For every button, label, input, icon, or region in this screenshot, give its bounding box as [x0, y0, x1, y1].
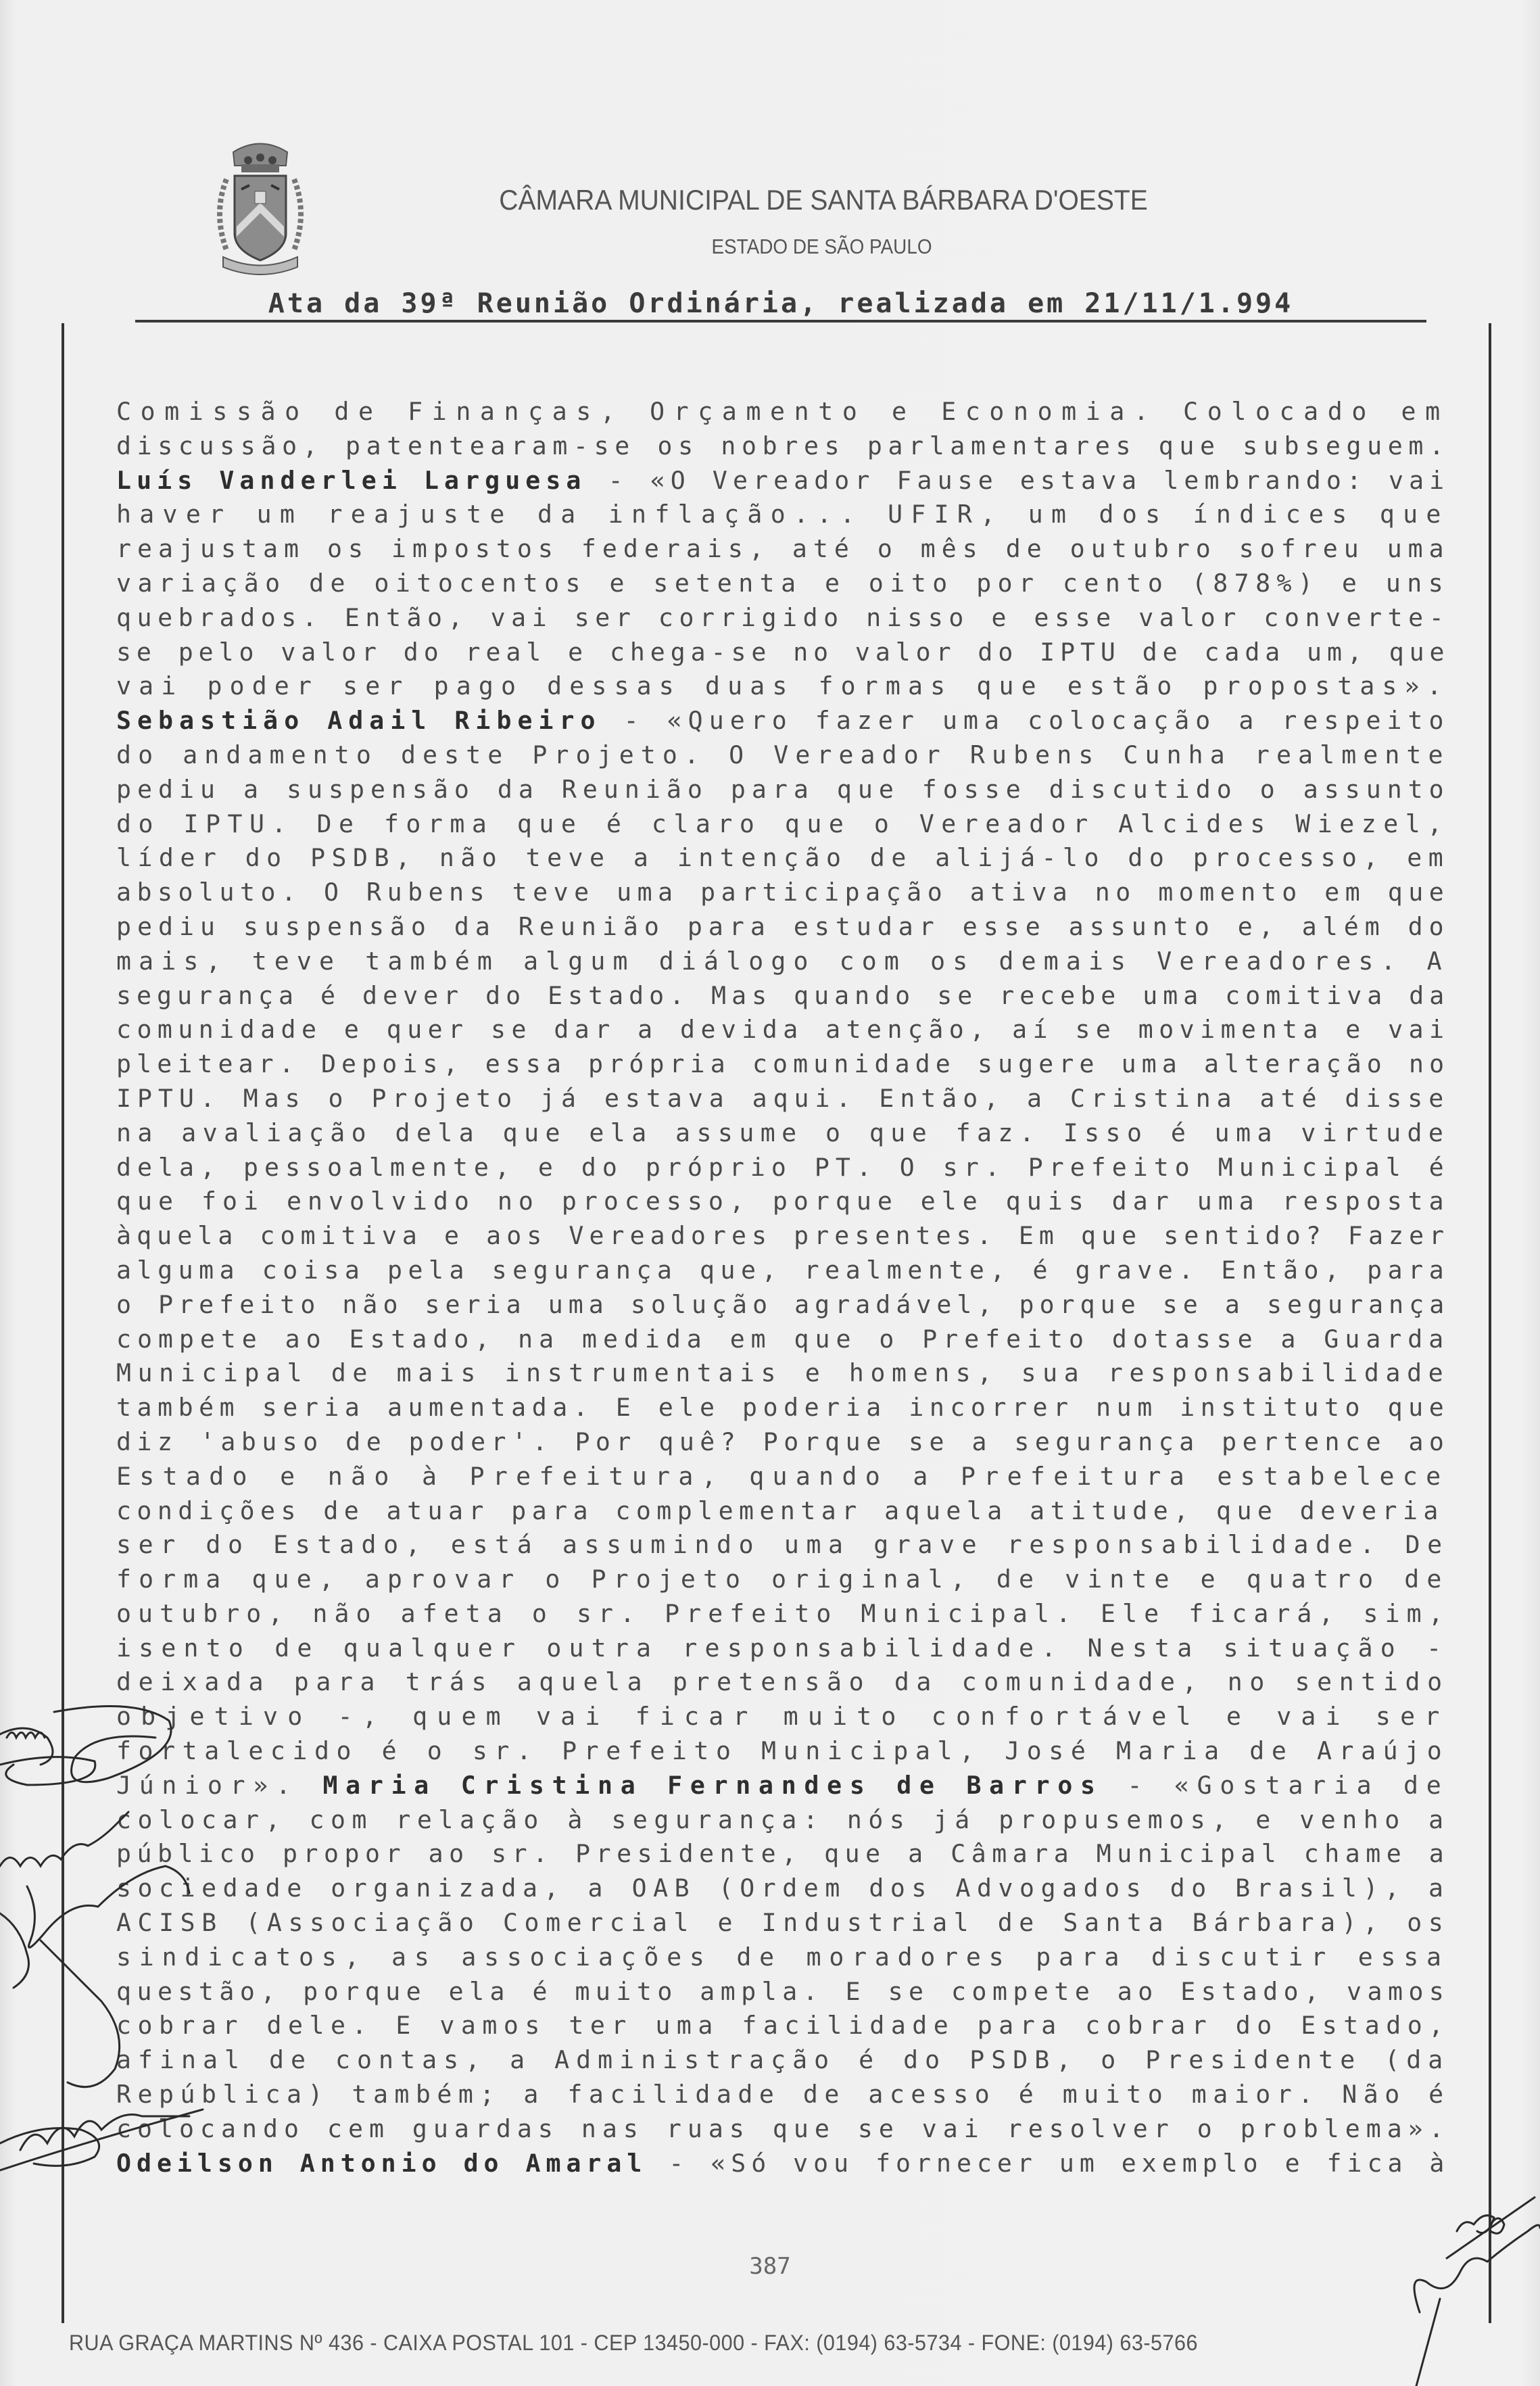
- speech-text: deixada para trás aquela pretensão da co…: [116, 1667, 1449, 1696]
- text-line: alguma coisa pela segurança que, realmen…: [116, 1254, 1449, 1288]
- speech-text: do IPTU. De forma que é claro que o Vere…: [116, 809, 1449, 838]
- speech-text: IPTU. Mas o Projeto já estava aqui. Entã…: [116, 1084, 1449, 1113]
- text-line: mais, teve também algum diálogo com os d…: [116, 945, 1449, 979]
- text-line: comunidade e quer se dar a devida atençã…: [116, 1013, 1449, 1047]
- speech-text: ser do Estado, está assumindo uma grave …: [116, 1530, 1449, 1559]
- speech-text: comunidade e quer se dar a devida atençã…: [116, 1015, 1449, 1044]
- text-line: segurança é dever do Estado. Mas quando …: [116, 979, 1449, 1013]
- text-line: discussão, patentearam-se os nobres parl…: [116, 429, 1449, 464]
- text-line: colocando cem guardas nas ruas que se va…: [116, 2112, 1449, 2147]
- text-line: deixada para trás aquela pretensão da co…: [116, 1665, 1449, 1700]
- text-line: ACISB (Associação Comercial e Industrial…: [116, 1906, 1449, 1940]
- text-line: Sebastião Adail Ribeiro - «Quero fazer u…: [116, 704, 1449, 738]
- text-line: ser do Estado, está assumindo uma grave …: [116, 1528, 1449, 1562]
- speech-text: se pelo valor do real e chega-se no valo…: [116, 638, 1449, 667]
- speech-text: pediu a suspensão da Reunião para que fo…: [116, 775, 1449, 804]
- text-line: haver um reajuste da inflação... UFIR, u…: [116, 498, 1449, 532]
- speech-text: variação de oitocentos e setenta e oito …: [116, 569, 1449, 598]
- speech-text: - «Gostaria de: [1103, 1771, 1449, 1800]
- text-line: diz 'abuso de poder'. Por quê? Porque se…: [116, 1425, 1449, 1460]
- speech-text: diz 'abuso de poder'. Por quê? Porque se…: [116, 1427, 1449, 1456]
- institution-name: CÂMARA MUNICIPAL DE SANTA BÁRBARA D'OEST…: [54, 184, 1487, 216]
- text-line: reajustam os impostos federais, até o mê…: [116, 532, 1449, 567]
- speech-text: quebrados. Então, vai ser corrigido niss…: [116, 603, 1449, 632]
- text-line: Municipal de mais instrumentais e homens…: [116, 1356, 1449, 1391]
- text-line: objetivo -, quem vai ficar muito confort…: [116, 1700, 1449, 1734]
- speech-text: outubro, não afeta o sr. Prefeito Munici…: [116, 1599, 1449, 1628]
- text-line: do andamento deste Projeto. O Vereador R…: [116, 738, 1449, 773]
- speech-text: República) também; a facilidade de acess…: [116, 2080, 1449, 2109]
- document-page: CÂMARA MUNICIPAL DE SANTA BÁRBARA D'OEST…: [0, 0, 1540, 2386]
- text-line: compete ao Estado, na medida em que o Pr…: [116, 1322, 1449, 1357]
- text-line: líder do PSDB, não teve a intenção de al…: [116, 841, 1449, 876]
- speech-text: também seria aumentada. E ele poderia in…: [116, 1393, 1449, 1422]
- text-line: IPTU. Mas o Projeto já estava aqui. Entã…: [116, 1082, 1449, 1116]
- text-line: variação de oitocentos e setenta e oito …: [116, 567, 1449, 601]
- text-line: condições de atuar para complementar aqu…: [116, 1494, 1449, 1529]
- speech-text: colocando cem guardas nas ruas que se va…: [116, 2114, 1449, 2143]
- text-line: também seria aumentada. E ele poderia in…: [116, 1391, 1449, 1425]
- right-margin-rule: [1489, 323, 1491, 2323]
- speech-text: Estado e não à Prefeitura, quando a Pref…: [116, 1462, 1449, 1491]
- speech-text: discussão, patentearam-se os nobres parl…: [116, 431, 1449, 460]
- speech-text: pediu suspensão da Reunião para estudar …: [116, 912, 1449, 941]
- text-line: Comissão de Finanças, Orçamento e Econom…: [116, 395, 1449, 429]
- text-line: cobrar dele. E vamos ter uma facilidade …: [116, 2009, 1449, 2043]
- speech-text: reajustam os impostos federais, até o mê…: [116, 534, 1449, 563]
- speech-text: compete ao Estado, na medida em que o Pr…: [116, 1325, 1449, 1354]
- speech-text: Júnior».: [116, 1771, 322, 1800]
- speaker-name: Maria Cristina Fernandes de Barros: [322, 1771, 1103, 1800]
- speech-text: - «Só vou fornecer um exemplo e fica à: [647, 2149, 1449, 2178]
- speech-text: objetivo -, quem vai ficar muito confort…: [116, 1702, 1449, 1731]
- speech-text: pleitear. Depois, essa própria comunidad…: [116, 1049, 1449, 1078]
- speech-text: dela, pessoalmente, e do próprio PT. O s…: [116, 1153, 1449, 1182]
- text-line: fortalecido é o sr. Prefeito Municipal, …: [116, 1734, 1449, 1769]
- text-line: vai poder ser pago dessas duas formas qu…: [116, 669, 1449, 704]
- text-line: Luís Vanderlei Larguesa - «O Vereador Fa…: [116, 464, 1449, 498]
- speech-text: fortalecido é o sr. Prefeito Municipal, …: [116, 1736, 1449, 1765]
- text-line: pediu a suspensão da Reunião para que fo…: [116, 773, 1449, 807]
- speech-text: - «O Vereador Fause estava lembrando: va…: [587, 466, 1450, 495]
- text-line: Odeilson Antonio do Amaral - «Só vou for…: [116, 2147, 1449, 2181]
- text-line: do IPTU. De forma que é claro que o Vere…: [116, 807, 1449, 842]
- text-line: dela, pessoalmente, e do próprio PT. O s…: [116, 1151, 1449, 1185]
- speech-text: colocar, com relação à segurança: nós já…: [116, 1805, 1449, 1834]
- speech-text: condições de atuar para complementar aqu…: [116, 1496, 1444, 1525]
- text-line: se pelo valor do real e chega-se no valo…: [116, 636, 1449, 670]
- text-line: pleitear. Depois, essa própria comunidad…: [116, 1047, 1449, 1082]
- text-line: República) também; a facilidade de acess…: [116, 2078, 1449, 2112]
- speech-text: vai poder ser pago dessas duas formas qu…: [116, 671, 1449, 700]
- text-line: questão, porque ela é muito ampla. E se …: [116, 1975, 1449, 2009]
- text-line: sindicatos, as associações de moradores …: [116, 1940, 1449, 1975]
- text-line: Estado e não à Prefeitura, quando a Pref…: [116, 1460, 1449, 1494]
- speech-text: segurança é dever do Estado. Mas quando …: [116, 981, 1449, 1010]
- speech-text: absoluto. O Rubens teve uma participação…: [116, 878, 1449, 907]
- speaker-name: Luís Vanderlei Larguesa: [116, 466, 587, 495]
- text-line: absoluto. O Rubens teve uma participação…: [116, 876, 1449, 910]
- speaker-name: Sebastião Adail Ribeiro: [116, 706, 602, 735]
- state-name: ESTADO DE SÃO PAULO: [77, 235, 1463, 259]
- speech-text: público propor ao sr. Presidente, que a …: [116, 1839, 1449, 1868]
- speech-text: forma que, aprovar o Projeto original, d…: [116, 1565, 1449, 1594]
- footer-address: RUA GRAÇA MARTINS Nº 436 - CAIXA POSTAL …: [69, 2331, 1431, 2356]
- speech-text: Municipal de mais instrumentais e homens…: [116, 1358, 1449, 1387]
- text-line: àquela comitiva e aos Vereadores present…: [116, 1219, 1449, 1254]
- speech-text: haver um reajuste da inflação... UFIR, u…: [116, 500, 1449, 529]
- text-line: que foi envolvido no processo, porque el…: [116, 1185, 1449, 1219]
- text-line: isento de qualquer outra responsabilidad…: [116, 1631, 1449, 1666]
- page-number: 387: [0, 2253, 1540, 2280]
- speech-text: àquela comitiva e aos Vereadores present…: [116, 1221, 1449, 1250]
- speech-text: o Prefeito não seria uma solução agradáv…: [116, 1290, 1449, 1319]
- speech-text: ACISB (Associação Comercial e Industrial…: [116, 1908, 1449, 1937]
- speech-text: líder do PSDB, não teve a intenção de al…: [116, 843, 1449, 872]
- speech-text: do andamento deste Projeto. O Vereador R…: [116, 740, 1449, 769]
- text-line: Júnior». Maria Cristina Fernandes de Bar…: [116, 1769, 1449, 1803]
- text-line: público propor ao sr. Presidente, que a …: [116, 1837, 1449, 1871]
- text-line: na avaliação dela que ela assume o que f…: [116, 1116, 1449, 1151]
- speech-text: sociedade organizada, a OAB (Ordem dos A…: [116, 1874, 1449, 1903]
- speech-text: Comissão de Finanças, Orçamento e Econom…: [116, 397, 1449, 426]
- speech-text: na avaliação dela que ela assume o que f…: [116, 1118, 1449, 1147]
- speech-text: isento de qualquer outra responsabilidad…: [116, 1633, 1449, 1663]
- minutes-body: Comissão de Finanças, Orçamento e Econom…: [116, 395, 1449, 2180]
- speaker-name: Odeilson Antonio do Amaral: [116, 2149, 647, 2178]
- speech-text: questão, porque ela é muito ampla. E se …: [116, 1977, 1449, 2006]
- text-line: afinal de contas, a Administração é do P…: [116, 2043, 1449, 2078]
- speech-text: alguma coisa pela segurança que, realmen…: [116, 1256, 1449, 1285]
- speech-text: cobrar dele. E vamos ter uma facilidade …: [116, 2011, 1449, 2040]
- text-line: o Prefeito não seria uma solução agradáv…: [116, 1288, 1449, 1322]
- document-title: Ata da 39ª Reunião Ordinária, realizada …: [135, 287, 1426, 323]
- text-line: pediu suspensão da Reunião para estudar …: [116, 910, 1449, 945]
- text-line: sociedade organizada, a OAB (Ordem dos A…: [116, 1871, 1449, 1906]
- speech-text: mais, teve também algum diálogo com os d…: [116, 947, 1449, 976]
- text-line: colocar, com relação à segurança: nós já…: [116, 1803, 1449, 1838]
- speech-text: - «Quero fazer uma colocação a respeito: [602, 706, 1449, 735]
- text-line: forma que, aprovar o Projeto original, d…: [116, 1562, 1449, 1597]
- speech-text: sindicatos, as associações de moradores …: [116, 1942, 1449, 1972]
- text-line: outubro, não afeta o sr. Prefeito Munici…: [116, 1597, 1449, 1631]
- left-margin-rule: [62, 323, 64, 2323]
- text-line: quebrados. Então, vai ser corrigido niss…: [116, 601, 1449, 636]
- speech-text: afinal de contas, a Administração é do P…: [116, 2045, 1449, 2074]
- speech-text: que foi envolvido no processo, porque el…: [116, 1187, 1449, 1216]
